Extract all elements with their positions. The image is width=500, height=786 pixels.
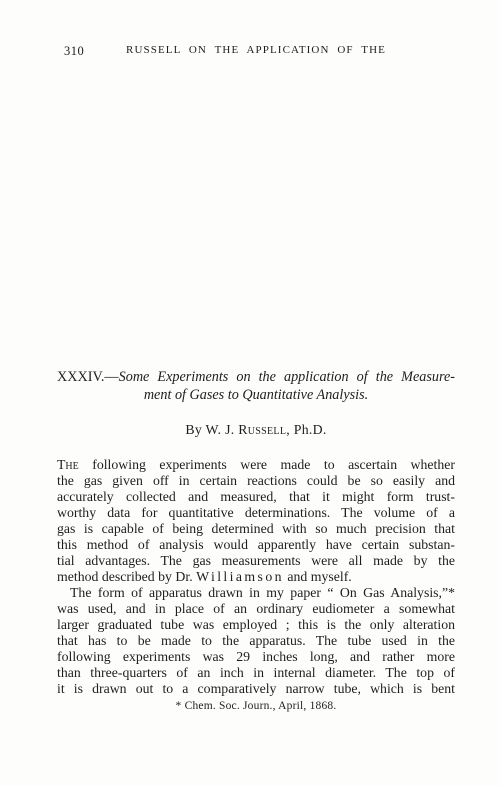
- body-segment: method described by Dr.: [57, 569, 196, 584]
- body-line: following experiments was 29 inches long…: [57, 649, 455, 665]
- body-line: was used, and in place of an ordinary eu…: [57, 601, 455, 617]
- body-line: tial advantages. The gas measurements we…: [57, 553, 455, 569]
- body-segment: this method of analysis would apparently…: [57, 537, 455, 552]
- body-line: accurately collected and measured, that …: [57, 489, 455, 505]
- byline: By W. J. Russell, Ph.D.: [57, 422, 455, 438]
- footnote-text: Chem. Soc. Journ., April, 1868.: [185, 700, 337, 712]
- body-segment: The form of apparatus drawn in my paper …: [70, 585, 455, 600]
- body-segment: was used, and in place of an ordinary eu…: [57, 601, 455, 616]
- article-title-text: Some Experiments on the application of t…: [119, 369, 455, 385]
- body-segment: that has to be made to the apparatus. Th…: [57, 633, 455, 648]
- body-line: than three-quarters of an inch in intern…: [57, 665, 455, 681]
- body-line: it is drawn out to a comparatively narro…: [57, 681, 455, 697]
- body-segment: it is drawn out to a comparatively narro…: [57, 681, 455, 696]
- body-segment: following experiments was 29 inches long…: [57, 649, 455, 664]
- article-title: XXXIV.—Some Experiments on the applicati…: [57, 368, 455, 404]
- body-line: larger graduated tube was employed ; thi…: [57, 617, 455, 633]
- body-line: worthy data for quantitative determinati…: [57, 505, 455, 521]
- body-line: gas is capable of being determined with …: [57, 521, 455, 537]
- body-segment: larger graduated tube was employed ; thi…: [57, 617, 455, 632]
- footnote: * Chem. Soc. Journ., April, 1868.: [57, 700, 455, 712]
- running-head: 310 RUSSELL ON THE APPLICATION OF THE: [57, 44, 455, 58]
- body-line: The form of apparatus drawn in my paper …: [57, 585, 455, 601]
- byline-suffix: , Ph.D.: [286, 422, 326, 437]
- footnote-marker: *: [176, 700, 182, 712]
- body-line: this method of analysis would apparently…: [57, 537, 455, 553]
- article-title-line-1: XXXIV.—Some Experiments on the applicati…: [57, 368, 455, 386]
- body-line: The following experiments were made to a…: [57, 457, 455, 473]
- running-title: RUSSELL ON THE APPLICATION OF THE: [57, 44, 455, 56]
- body-text: The following experiments were made to a…: [57, 457, 455, 697]
- body-segment: gas is capable of being determined with …: [57, 521, 455, 536]
- body-segment: following experiments were made to ascer…: [79, 457, 455, 472]
- article-title-line-2: ment of Gases to Quantitative Analysis.: [57, 386, 455, 404]
- journal-page: 310 RUSSELL ON THE APPLICATION OF THE XX…: [0, 0, 500, 786]
- body-line: method described by Dr. Williamson and m…: [57, 569, 455, 585]
- body-segment: accurately collected and measured, that …: [57, 489, 455, 504]
- body-line: the gas given off in certain reactions c…: [57, 473, 455, 489]
- smallcaps-text: The: [57, 457, 79, 472]
- spaced-name: Williamson: [196, 569, 284, 584]
- body-line: that has to be made to the apparatus. Th…: [57, 633, 455, 649]
- page-number: 310: [64, 44, 84, 59]
- article-number: XXXIV.—: [57, 369, 119, 385]
- byline-prefix: By W. J.: [185, 422, 238, 437]
- body-segment: worthy data for quantitative determinati…: [57, 505, 455, 520]
- body-segment: the gas given off in certain reactions c…: [57, 473, 455, 488]
- body-segment: and myself.: [284, 569, 352, 584]
- body-segment: than three-quarters of an inch in intern…: [57, 665, 455, 680]
- author-name: Russell: [238, 422, 286, 437]
- body-segment: tial advantages. The gas measurements we…: [57, 553, 455, 568]
